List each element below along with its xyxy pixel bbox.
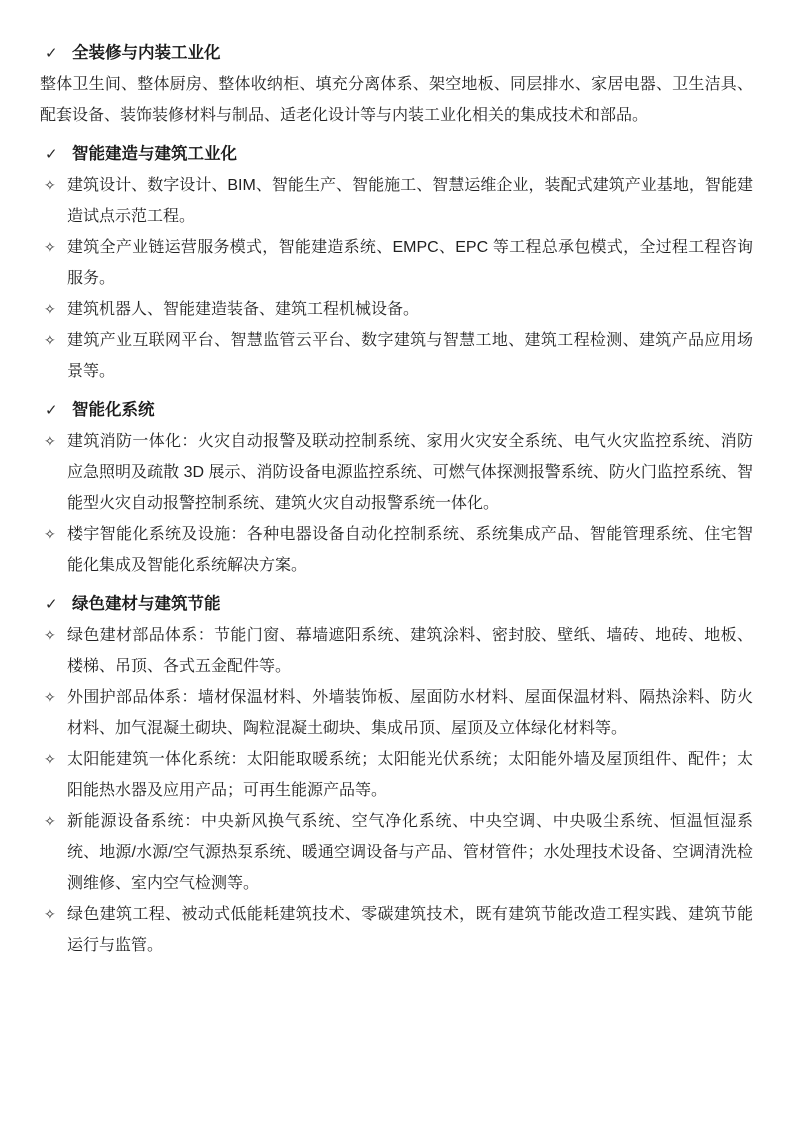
- list-item: ✧外围护部品体系：墙材保温材料、外墙装饰板、屋面防水材料、屋面保温材料、隔热涂料…: [40, 682, 753, 744]
- list-item-text: 建筑产业互联网平台、智慧监管云平台、数字建筑与智慧工地、建筑工程检测、建筑产品应…: [67, 332, 753, 380]
- list-item-text: 新能源设备系统：中央新风换气系统、空气净化系统、中央空调、中央吸尘系统、恒温恒湿…: [67, 813, 753, 892]
- diamond-bullet-icon: ✧: [44, 294, 56, 325]
- section-title: 智能化系统: [72, 401, 155, 419]
- document-sections: ✓全装修与内装工业化整体卫生间、整体厨房、整体收纳柜、填充分离体系、架空地板、同…: [40, 38, 753, 961]
- list-item-text: 太阳能建筑一体化系统：太阳能取暖系统；太阳能光伏系统；太阳能外墙及屋顶组件、配件…: [67, 751, 753, 799]
- section: ✓全装修与内装工业化整体卫生间、整体厨房、整体收纳柜、填充分离体系、架空地板、同…: [40, 38, 753, 131]
- diamond-bullet-icon: ✧: [44, 426, 56, 457]
- list-item: ✧建筑设计、数字设计、BIM、智能生产、智能施工、智慧运维企业，装配式建筑产业基…: [40, 170, 753, 232]
- list-item-text: 建筑机器人、智能建造装备、建筑工程机械设备。: [67, 301, 419, 318]
- list-item-text: 建筑设计、数字设计、BIM、智能生产、智能施工、智慧运维企业，装配式建筑产业基地…: [67, 177, 753, 225]
- list-item-text: 外围护部品体系：墙材保温材料、外墙装饰板、屋面防水材料、屋面保温材料、隔热涂料、…: [67, 689, 753, 737]
- list-item: ✧太阳能建筑一体化系统：太阳能取暖系统；太阳能光伏系统；太阳能外墙及屋顶组件、配…: [40, 744, 753, 806]
- checkmark-icon: ✓: [45, 589, 58, 620]
- section-title: 绿色建材与建筑节能: [72, 595, 221, 613]
- list-item-text: 建筑全产业链运营服务模式，智能建造系统、EMPC、EPC 等工程总承包模式，全过…: [67, 239, 753, 287]
- diamond-bullet-icon: ✧: [44, 682, 56, 713]
- diamond-bullet-icon: ✧: [44, 232, 56, 263]
- list-item: ✧绿色建筑工程、被动式低能耗建筑技术、零碳建筑技术，既有建筑节能改造工程实践、建…: [40, 899, 753, 961]
- diamond-bullet-icon: ✧: [44, 899, 56, 930]
- section-heading: ✓绿色建材与建筑节能: [40, 589, 753, 620]
- checkmark-icon: ✓: [45, 139, 58, 170]
- list-item: ✧建筑产业互联网平台、智慧监管云平台、数字建筑与智慧工地、建筑工程检测、建筑产品…: [40, 325, 753, 387]
- diamond-bullet-icon: ✧: [44, 325, 56, 356]
- list-item-text: 绿色建材部品体系：节能门窗、幕墙遮阳系统、建筑涂料、密封胶、壁纸、墙砖、地砖、地…: [67, 627, 753, 675]
- list-item: ✧建筑机器人、智能建造装备、建筑工程机械设备。: [40, 294, 753, 325]
- section-heading: ✓智能建造与建筑工业化: [40, 139, 753, 170]
- diamond-bullet-icon: ✧: [44, 806, 56, 837]
- list-item-text: 绿色建筑工程、被动式低能耗建筑技术、零碳建筑技术，既有建筑节能改造工程实践、建筑…: [67, 906, 753, 954]
- section-heading: ✓全装修与内装工业化: [40, 38, 753, 69]
- document-page: ✓全装修与内装工业化整体卫生间、整体厨房、整体收纳柜、填充分离体系、架空地板、同…: [0, 0, 793, 1122]
- list-item-text: 楼宇智能化系统及设施：各种电器设备自动化控制系统、系统集成产品、智能管理系统、住…: [67, 526, 753, 574]
- section: ✓智能化系统✧建筑消防一体化：火灾自动报警及联动控制系统、家用火灾安全系统、电气…: [40, 395, 753, 581]
- section: ✓智能建造与建筑工业化✧建筑设计、数字设计、BIM、智能生产、智能施工、智慧运维…: [40, 139, 753, 387]
- section-heading: ✓智能化系统: [40, 395, 753, 426]
- diamond-bullet-icon: ✧: [44, 744, 56, 775]
- section-title: 全装修与内装工业化: [72, 44, 221, 62]
- section-title: 智能建造与建筑工业化: [72, 145, 237, 163]
- section-paragraph: 整体卫生间、整体厨房、整体收纳柜、填充分离体系、架空地板、同层排水、家居电器、卫…: [40, 69, 753, 131]
- list-item: ✧绿色建材部品体系：节能门窗、幕墙遮阳系统、建筑涂料、密封胶、壁纸、墙砖、地砖、…: [40, 620, 753, 682]
- list-item-text: 建筑消防一体化：火灾自动报警及联动控制系统、家用火灾安全系统、电气火灾监控系统、…: [67, 433, 753, 512]
- diamond-bullet-icon: ✧: [44, 170, 56, 201]
- diamond-bullet-icon: ✧: [44, 620, 56, 651]
- list-item: ✧新能源设备系统：中央新风换气系统、空气净化系统、中央空调、中央吸尘系统、恒温恒…: [40, 806, 753, 899]
- list-item: ✧建筑消防一体化：火灾自动报警及联动控制系统、家用火灾安全系统、电气火灾监控系统…: [40, 426, 753, 519]
- diamond-bullet-icon: ✧: [44, 519, 56, 550]
- list-item: ✧楼宇智能化系统及设施：各种电器设备自动化控制系统、系统集成产品、智能管理系统、…: [40, 519, 753, 581]
- checkmark-icon: ✓: [45, 395, 58, 426]
- checkmark-icon: ✓: [45, 38, 58, 69]
- section: ✓绿色建材与建筑节能✧绿色建材部品体系：节能门窗、幕墙遮阳系统、建筑涂料、密封胶…: [40, 589, 753, 961]
- list-item: ✧建筑全产业链运营服务模式，智能建造系统、EMPC、EPC 等工程总承包模式，全…: [40, 232, 753, 294]
